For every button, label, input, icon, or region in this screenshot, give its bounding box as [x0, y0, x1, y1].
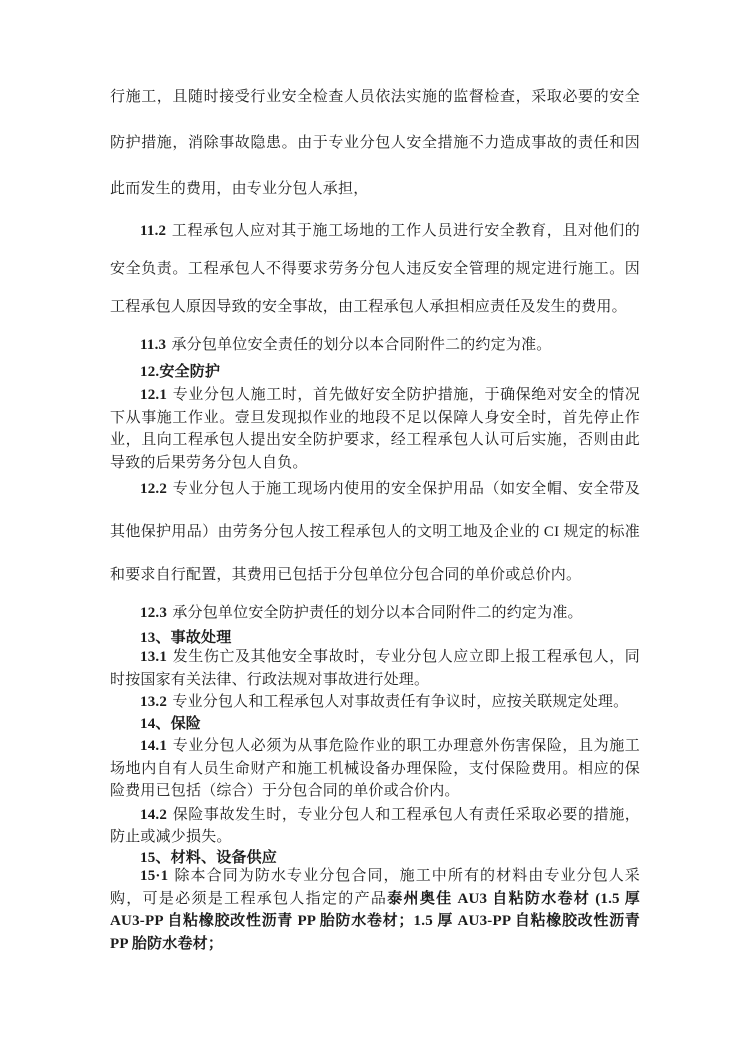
clause-number: 11.2 — [140, 223, 166, 239]
clause-text: 工程承包人应对其于施工场地的工作人员进行安全教育，且对他们的安全负责。工程承包人… — [110, 223, 640, 315]
clause-text: 专业分包人于施工现场内使用的安全保护用品（如安全帽、安全带及其他保护用品）由劳务… — [110, 481, 640, 583]
clause-number: 11.3 — [140, 337, 166, 353]
clause-15-1: 15·1除本合同为防水专业分包合同，施工中所有的材料由专业分包人采购，可是必须是… — [110, 865, 640, 955]
clause-text: 专业分包人必须为从事危险作业的职工办理意外伤害保险，且为施工场地内自有人员生命财… — [110, 738, 640, 799]
clause-continuation: 行施工，且随时接受行业安全检查人员依法实施的监督检查，采取必要的安全防护措施，消… — [110, 74, 640, 212]
section-heading-12: 12.安全防护 — [110, 361, 640, 384]
clause-11-2: 11.2工程承包人应对其于施工场地的工作人员进行安全教育，且对他们的安全负责。工… — [110, 212, 640, 326]
clause-12-2: 12.2专业分包人于施工现场内使用的安全保护用品（如安全帽、安全带及其他保护用品… — [110, 468, 640, 597]
clause-text: 保险事故发生时，专业分包人和工程承包人有责任采取必要的措施，防止或减少损失。 — [110, 807, 640, 846]
document-page: 行施工，且随时接受行业安全检查人员依法实施的监督检查，采取必要的安全防护措施，消… — [0, 0, 744, 1052]
clause-text: 行施工，且随时接受行业安全检查人员依法实施的监督检查，采取必要的安全防护措施，消… — [110, 89, 640, 197]
clause-number: 14.1 — [140, 738, 167, 754]
clause-number: 12.2 — [140, 481, 167, 497]
clause-12-3: 12.3承分包单位安全防护责任的划分以本合同附件二的约定为准。 — [110, 602, 640, 625]
clause-text: 承分包单位安全责任的划分以本合同附件二的约定为准。 — [171, 337, 551, 353]
clause-number: 12.3 — [140, 605, 167, 621]
clause-14-1: 14.1专业分包人必须为从事危险作业的职工办理意外伤害保险，且为施工场地内自有人… — [110, 735, 640, 803]
clause-text: 承分包单位安全防护责任的划分以本合同附件二的约定为准。 — [172, 605, 582, 621]
clause-number: 13.2 — [140, 694, 167, 710]
clause-11-3: 11.3承分包单位安全责任的划分以本合同附件二的约定为准。 — [110, 334, 640, 357]
clause-number: 12.1 — [140, 387, 167, 403]
clause-13-2: 13.2专业分包人和工程承包人对事故责任有争议时，应按关联规定处理。 — [110, 691, 640, 714]
clause-text: 专业分包人和工程承包人对事故责任有争议时，应按关联规定处理。 — [172, 694, 628, 710]
clause-13-1: 13.1发生伤亡及其他安全事故时，专业分包人应立即上报工程承包人，同时按国家有关… — [110, 646, 640, 691]
clause-12-1: 12.1专业分包人施工时，首先做好安全防护措施，于确保绝对安全的情况下从事施工作… — [110, 384, 640, 474]
clause-number: 13.1 — [140, 649, 167, 665]
clause-text: 专业分包人施工时，首先做好安全防护措施，于确保绝对安全的情况下从事施工作业。壹旦… — [110, 387, 640, 471]
clause-text: 发生伤亡及其他安全事故时，专业分包人应立即上报工程承包人，同时按国家有关法律、行… — [110, 649, 640, 688]
clause-14-2: 14.2保险事故发生时，专业分包人和工程承包人有责任采取必要的措施，防止或减少损… — [110, 804, 640, 849]
section-heading-14: 14、保险 — [110, 713, 640, 736]
clause-number: 14.2 — [140, 807, 167, 823]
clause-number: 15·1 — [140, 868, 168, 884]
